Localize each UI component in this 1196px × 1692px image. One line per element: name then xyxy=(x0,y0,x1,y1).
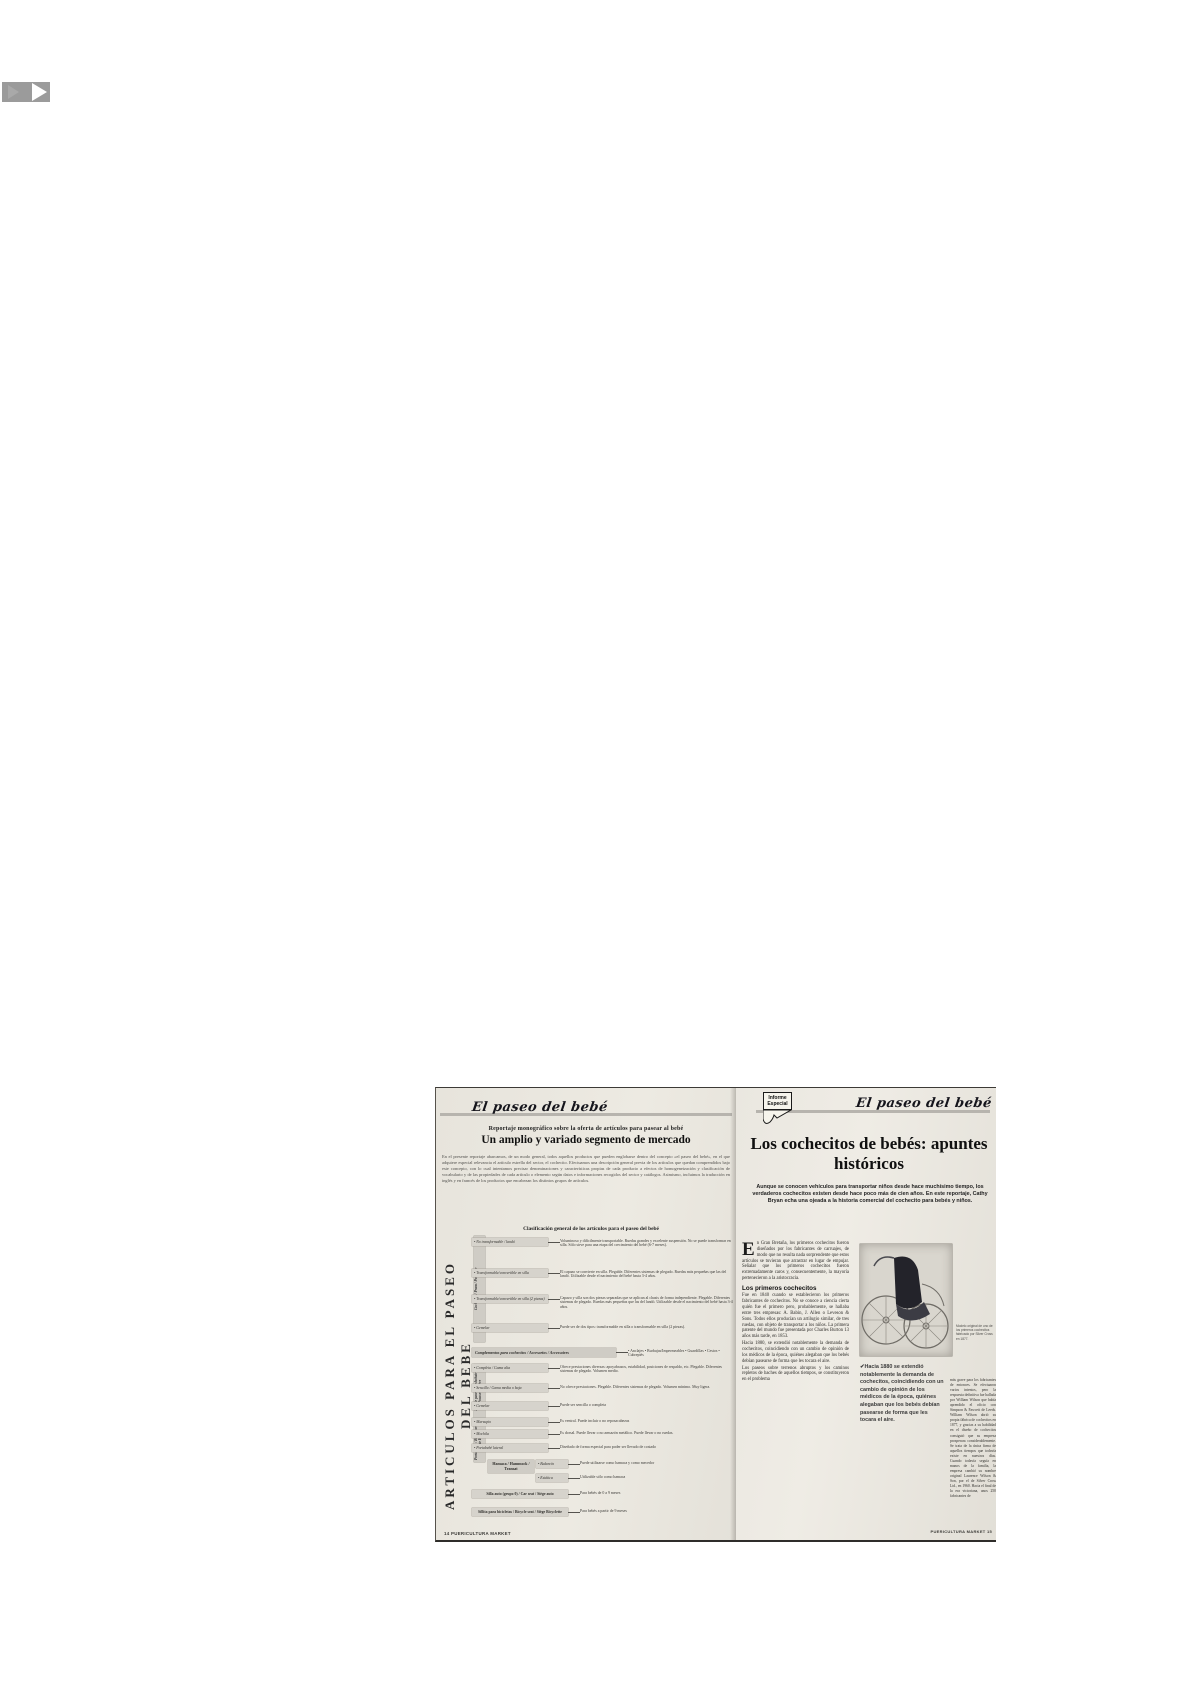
row-desc: No ofrece prestaciones. Plegable. Difere… xyxy=(560,1384,734,1389)
table-row: • Completa / Gama alta Ofrece prestacion… xyxy=(472,1364,734,1374)
connector-line xyxy=(548,1406,560,1407)
page-canvas: El paseo del bebé Reportaje monográfico … xyxy=(0,0,1196,1692)
right-page-footer: PUERICULTURA MARKET 15 xyxy=(896,1529,992,1534)
row-label: • Portabebé lateral xyxy=(472,1444,548,1452)
row-label: • Marsupio xyxy=(472,1418,548,1426)
connector-line xyxy=(548,1328,560,1329)
play-button[interactable] xyxy=(2,82,50,102)
row-desc: Para bebés a partir de 9 meses xyxy=(580,1508,734,1513)
classification-title: Clasificación general de los artículos p… xyxy=(456,1226,726,1232)
informe-especial-badge: Informe Especial xyxy=(763,1092,792,1131)
magazine-spread: El paseo del bebé Reportaje monográfico … xyxy=(435,1087,996,1542)
section-script-title-left: El paseo del bebé xyxy=(471,1100,609,1115)
connector-line xyxy=(568,1478,580,1479)
pram-illustration-icon xyxy=(860,1244,952,1356)
row-label: • Completa / Gama alta xyxy=(472,1364,548,1372)
row-desc: Es dorsal. Puede llevar o no armazón met… xyxy=(560,1430,734,1435)
row-desc: Utilizable sólo como hamaca xyxy=(580,1474,732,1479)
antique-pram-photo xyxy=(860,1244,952,1356)
row-desc: Diseñado de forma especial para poder se… xyxy=(560,1444,734,1449)
section-script-title-right: El paseo del bebé xyxy=(855,1096,993,1111)
connector-line xyxy=(548,1242,560,1243)
photo-caption: Modelo original de uno de los primeros c… xyxy=(956,1324,994,1341)
row-label: • No transformable / landó xyxy=(472,1238,548,1246)
accessories-items: • Anclajes • Burbujas/Impermeables • Gua… xyxy=(628,1348,734,1358)
play-icon xyxy=(32,83,47,101)
row-label: • Estática xyxy=(536,1474,568,1482)
connector-line xyxy=(548,1448,560,1449)
pull-quote: ✔Hacia 1880 se extendió notablemente la … xyxy=(860,1364,944,1425)
row-desc: Voluminoso y difícilmente transportable.… xyxy=(560,1238,734,1248)
right-headline: Los cochecitos de bebés: apuntes históri… xyxy=(746,1134,992,1173)
table-row: • Gemelar Puede ser sencilla o completa xyxy=(472,1402,734,1410)
badge-line2: Especial xyxy=(764,1101,791,1107)
classification-diagram: Cochecito / Pram / Poussette • No transf… xyxy=(472,1236,734,1532)
row-label: Silla auto (grupo 0) / Car seat / Siège … xyxy=(472,1490,568,1498)
table-row: • Transformable/convertible en silla (2 … xyxy=(472,1295,734,1310)
row-label: • Sencilla / Gama media o baja xyxy=(472,1384,548,1392)
connector-line xyxy=(548,1299,560,1300)
accessories-band: Complementos para cochecitos / Accesorio… xyxy=(472,1348,734,1358)
row-desc: Puede utilizarse como hamaca y como mece… xyxy=(580,1460,732,1465)
table-row: • Marsupio Es ventral. Puede incluir o n… xyxy=(472,1418,734,1426)
right-page: El paseo del bebé Informe Especial Los c… xyxy=(736,1088,996,1540)
row-label: • Gemelar xyxy=(472,1402,548,1410)
standfirst: Aunque se conocen vehículos para transpo… xyxy=(752,1184,988,1205)
row-desc: Es ventral. Puede incluir o no reposacab… xyxy=(560,1418,734,1423)
table-row: • Mochila Es dorsal. Puede llevar o no a… xyxy=(472,1430,734,1438)
table-row: • Balancín Puede utilizarse como hamaca … xyxy=(536,1460,732,1468)
table-row: • Estática Utilizable sólo como hamaca xyxy=(536,1474,732,1482)
connector-line xyxy=(548,1388,560,1389)
table-row: • No transformable / landó Voluminoso y … xyxy=(472,1238,734,1248)
table-row: Sillita para bicicletas / Bicycle seat /… xyxy=(472,1508,734,1516)
row-label: • Gemelar xyxy=(472,1324,548,1332)
row-desc: Ofrece prestaciones diversas: apoyabrazo… xyxy=(560,1364,734,1374)
row-label: Sillita para bicicletas / Bicycle seat /… xyxy=(472,1508,568,1516)
row-label: • Balancín xyxy=(536,1460,568,1468)
vertical-section-title: ARTICULOS PARA EL PASEO DEL BEBE xyxy=(442,1241,466,1529)
table-row: • Gemelar Puede ser de dos tipos: transf… xyxy=(472,1324,734,1332)
body-paragraph: Hacia 1880, se extendió notablemente la … xyxy=(742,1341,849,1364)
play-ghost-icon xyxy=(8,85,19,99)
connector-line xyxy=(548,1273,560,1274)
row-desc: Puede ser sencilla o completa xyxy=(560,1402,734,1407)
kicker: Reportaje monográfico sobre la oferta de… xyxy=(444,1126,728,1132)
badge-ribbon-tail-icon xyxy=(763,1110,792,1126)
connector-line xyxy=(548,1422,560,1423)
row-desc: Capazo y silla son dos piezas separadas … xyxy=(560,1295,734,1310)
table-row: Silla auto (grupo 0) / Car seat / Siège … xyxy=(472,1490,734,1498)
left-headline: Un amplio y variado segmento de mercado xyxy=(444,1134,728,1146)
drop-cap: E xyxy=(742,1242,755,1258)
table-row: • Sencilla / Gama media o baja No ofrece… xyxy=(472,1384,734,1392)
table-row: • Portabebé lateral Diseñado de forma es… xyxy=(472,1444,734,1452)
left-intro-paragraph: En el presente reportaje abarcamos, de u… xyxy=(442,1154,730,1184)
body-paragraph: Los paseos sobre terrenos abruptos y los… xyxy=(742,1366,849,1384)
connector-line xyxy=(568,1464,580,1465)
connector-line xyxy=(616,1352,628,1353)
row-label: • Transformable/convertible en silla xyxy=(472,1269,548,1277)
body-paragraph: Fue en 1840 cuando se establecieron los … xyxy=(742,1293,849,1340)
row-desc: El capazo se convierte en silla. Plegabl… xyxy=(560,1269,734,1279)
row-label: • Transformable/convertible en silla (2 … xyxy=(472,1295,548,1303)
row-desc: Puede ser de dos tipos: transformable en… xyxy=(560,1324,734,1329)
article-column-1: En Gran Bretaña, los primeros cochecitos… xyxy=(742,1241,849,1384)
article-subhead: Los primeros cochecitos xyxy=(742,1285,849,1292)
left-page-footer: 14 PUERICULTURA MARKET xyxy=(444,1531,511,1536)
article-column-3: más grave para los fabricantes de entonc… xyxy=(950,1378,996,1499)
group-label-hamaca: Hamaca / Hammock / Transat xyxy=(488,1460,534,1473)
connector-line xyxy=(548,1434,560,1435)
left-page: El paseo del bebé Reportaje monográfico … xyxy=(436,1088,736,1540)
row-label: • Mochila xyxy=(472,1430,548,1438)
table-row: • Transformable/convertible en silla El … xyxy=(472,1269,734,1279)
connector-line xyxy=(568,1512,580,1513)
body-paragraph: n Gran Bretaña, los primeros cochecitos … xyxy=(742,1241,849,1281)
connector-line xyxy=(568,1494,580,1495)
accessories-label: Complementos para cochecitos / Accesorio… xyxy=(472,1348,616,1357)
connector-line xyxy=(548,1368,560,1369)
row-desc: Para bebés de 0 a 9 meses xyxy=(580,1490,734,1495)
